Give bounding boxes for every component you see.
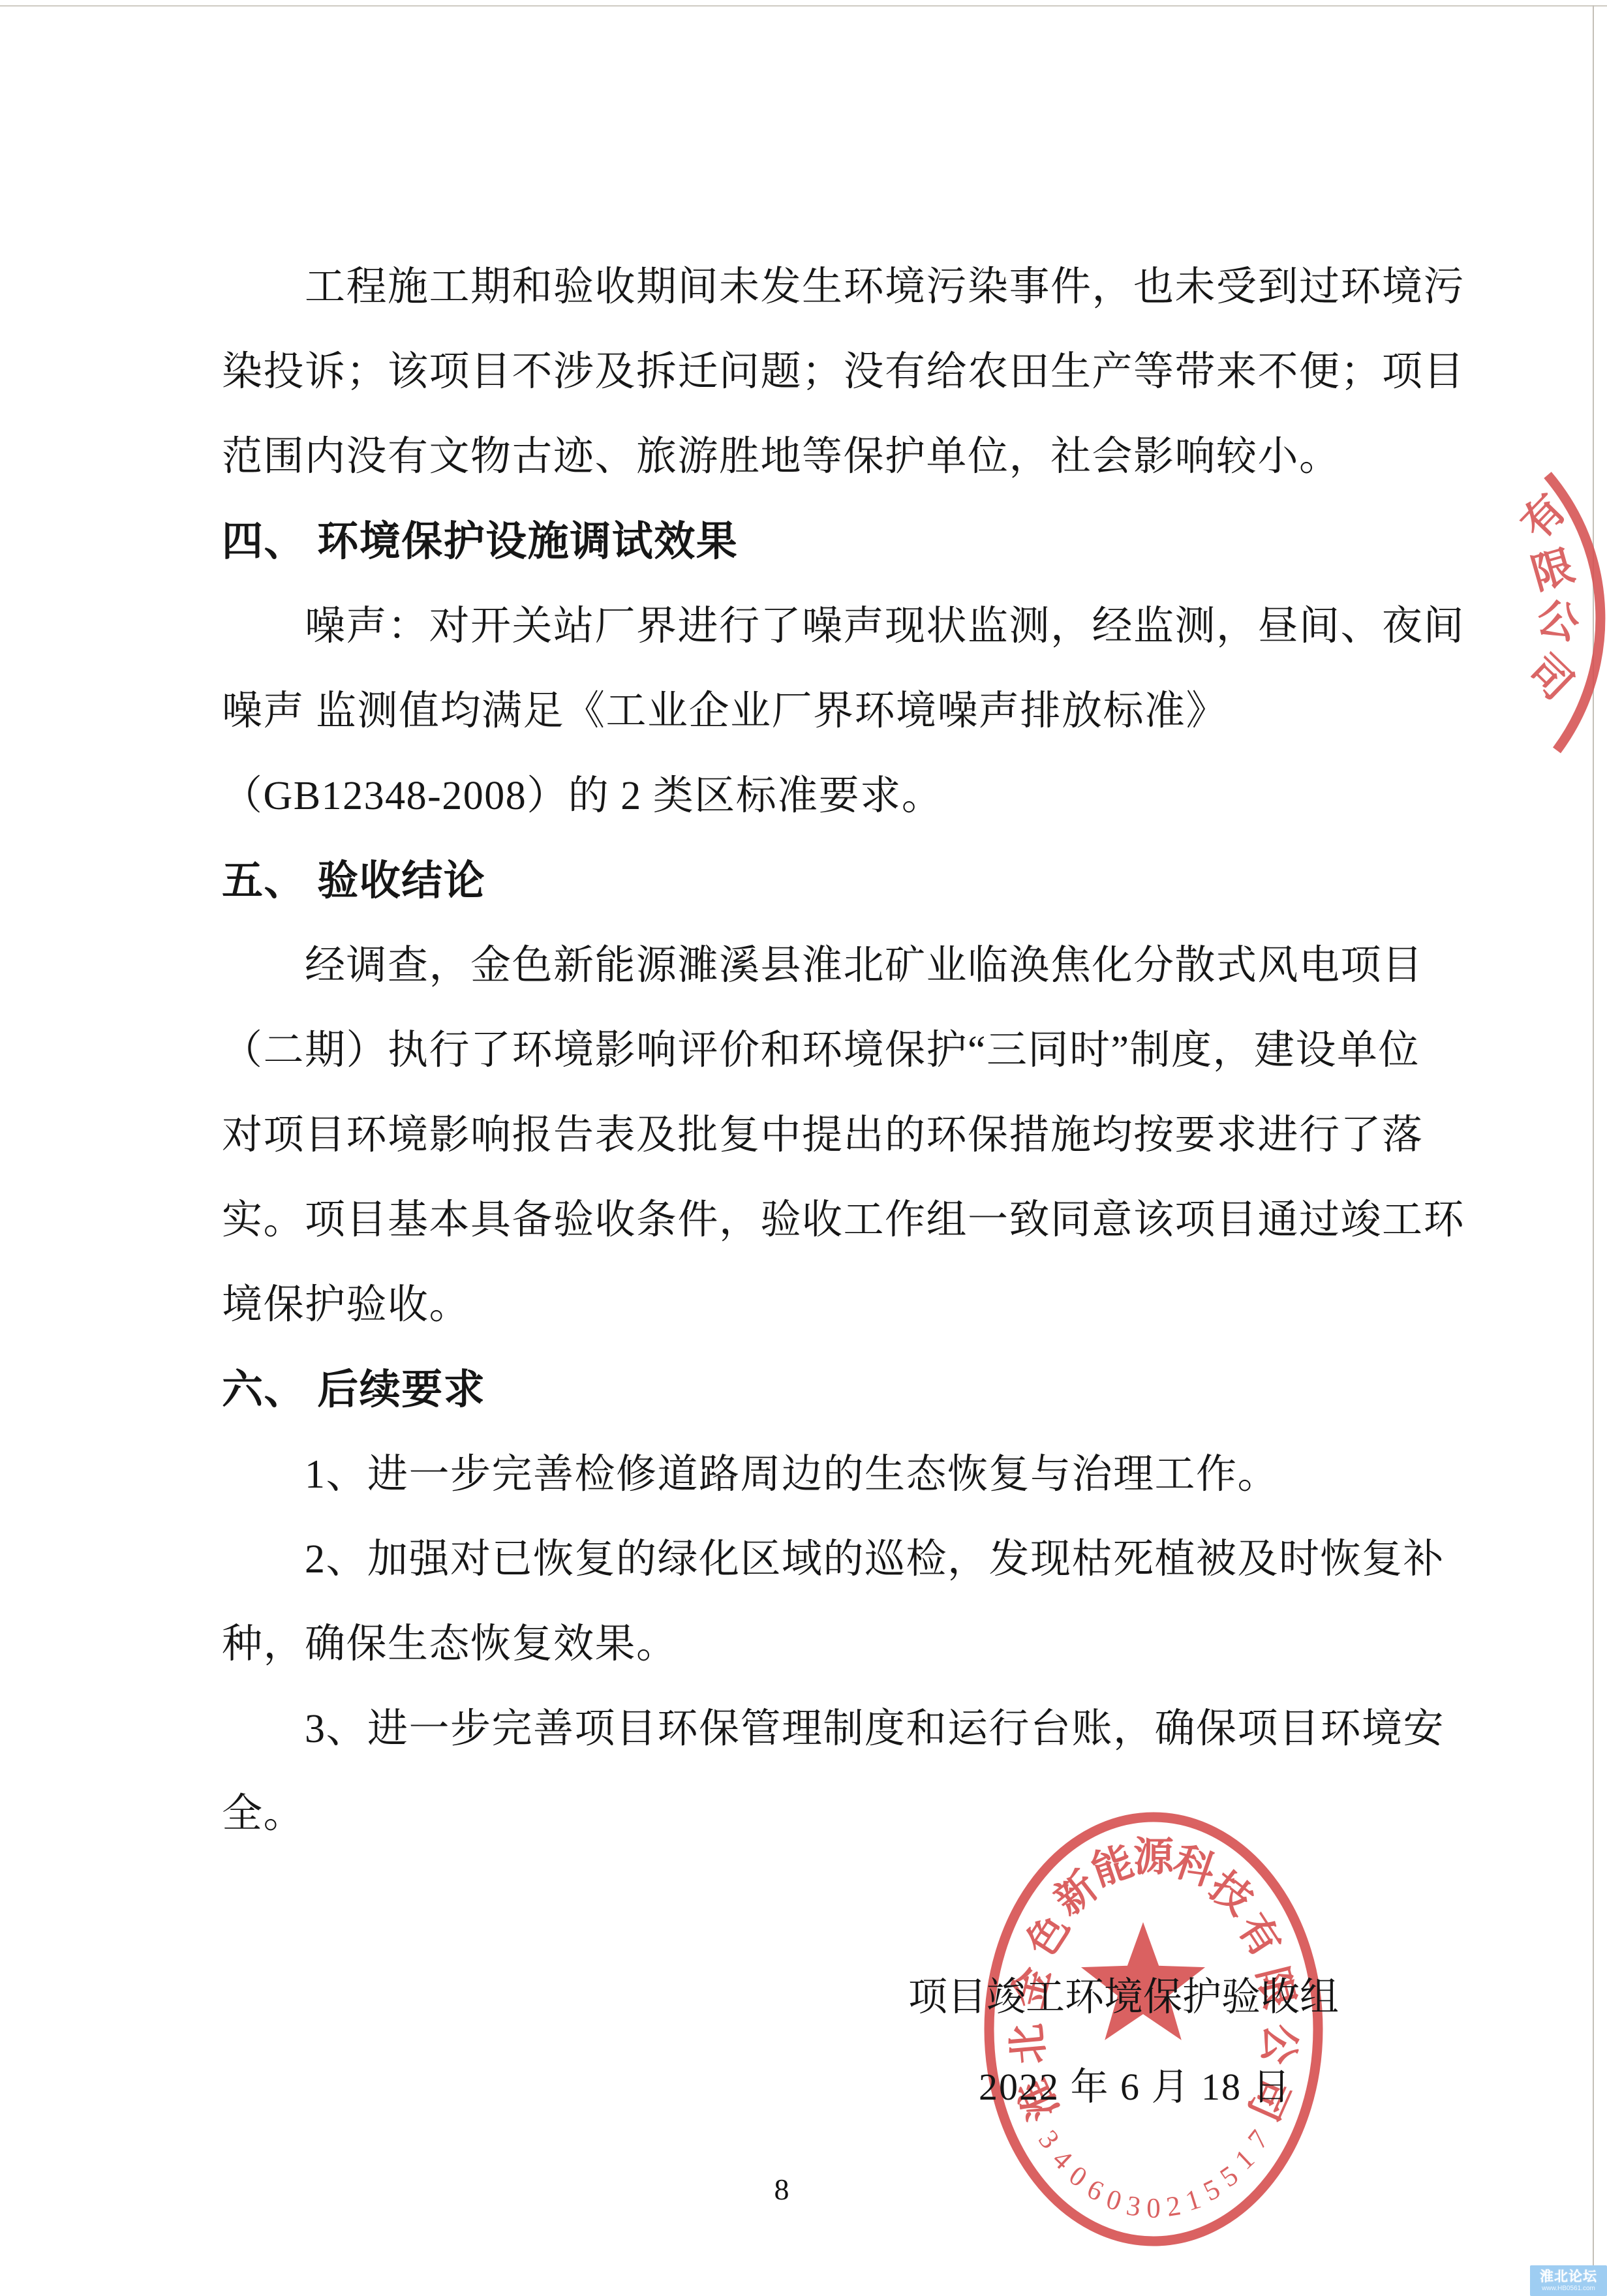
body-line: 工程施工期和验收期间未发生环境污染事件，也未受到过环境污 <box>222 245 1396 329</box>
body-line: 噪声：对开关站厂界进行了噪声现状监测，经监测，昼间、夜间 <box>222 584 1396 669</box>
edge-seal-text: 有限公司 <box>1512 485 1584 708</box>
edge-bleed-seal-stamp: 有限公司 <box>1512 475 1600 750</box>
seal-serial-digit: 6 <box>1082 2173 1109 2207</box>
seal-serial-digit: 5 <box>1215 2160 1244 2194</box>
watermark-url: www.HB0561.com <box>1542 2285 1595 2293</box>
watermark-title: 淮北论坛 <box>1540 2269 1597 2285</box>
seal-serial-digit: 1 <box>1229 2144 1261 2176</box>
body-line: 2、加强对已恢复的绿化区域的巡检，发现枯死植被及时恢复补 <box>222 1517 1396 1602</box>
body-line: 3、进一步完善项目环保管理制度和运行台账，确保项目环境安 <box>222 1687 1396 1771</box>
body-line: 对项目环境影响报告表及批复中提出的环保措施均按要求进行了落 <box>222 1093 1396 1178</box>
document-body: 工程施工期和验收期间未发生环境污染事件，也未受到过环境污染投诉；该项目不涉及拆迁… <box>222 245 1396 1856</box>
body-line: 种，确保生态恢复效果。 <box>222 1602 1396 1687</box>
body-line: 实。项目基本具备验收条件，验收工作组一致同意该项目通过竣工环 <box>222 1178 1396 1263</box>
section-heading: 六、 后续要求 <box>222 1347 1396 1432</box>
body-line: 境保护验收。 <box>222 1263 1396 1347</box>
signature-date-line: 2022 年 6 月 18 日 <box>979 2045 1292 2130</box>
edge-seal-char: 限 <box>1526 542 1579 598</box>
watermark-badge: 淮北论坛 www.HB0561.com <box>1530 2265 1607 2296</box>
body-line: （GB12348-2008）的 2 类区标准要求。 <box>222 754 1396 838</box>
body-line: 全。 <box>222 1771 1396 1856</box>
seal-serial-digit: 0 <box>1103 2184 1125 2217</box>
body-line: 范围内没有文物古迹、旅游胜地等保护单位，社会影响较小。 <box>222 414 1396 499</box>
seal-serial-digit: 5 <box>1199 2173 1225 2207</box>
edge-seal-char: 司 <box>1519 646 1581 709</box>
body-line: （二期）执行了环境影响评价和环境保护“三同时”制度，建设单位 <box>222 1008 1396 1093</box>
body-line: 经调查，金色新能源濉溪县淮北矿业临涣焦化分散式风电项目 <box>222 923 1396 1008</box>
section-heading: 四、 环境保护设施调试效果 <box>222 499 1396 584</box>
body-line: 1、进一步完善检修道路周边的生态恢复与治理工作。 <box>222 1432 1396 1517</box>
body-line: 染投诉；该项目不涉及拆迁问题；没有给农田生产等带来不便；项目 <box>222 329 1396 414</box>
edge-seal-char: 公 <box>1532 594 1584 649</box>
signature-group-line: 项目竣工环境保护验收组 <box>908 1955 1339 2040</box>
document-page: 淮北金色新能源科技有限公司 3406030215517 有限公司 工程施工期和验… <box>0 0 1607 2296</box>
page-number: 8 <box>749 2170 814 2209</box>
seal-serial-digit: 0 <box>1146 2194 1161 2224</box>
section-heading: 五、 验收结论 <box>222 838 1396 923</box>
seal-serial-digit: 1 <box>1182 2184 1205 2217</box>
seal-serial-digit: 2 <box>1165 2190 1183 2223</box>
body-line: 噪声 监测值均满足《工业企业厂界环境噪声排放标准》 <box>222 669 1396 754</box>
seal-serial-digit: 3 <box>1124 2190 1142 2223</box>
